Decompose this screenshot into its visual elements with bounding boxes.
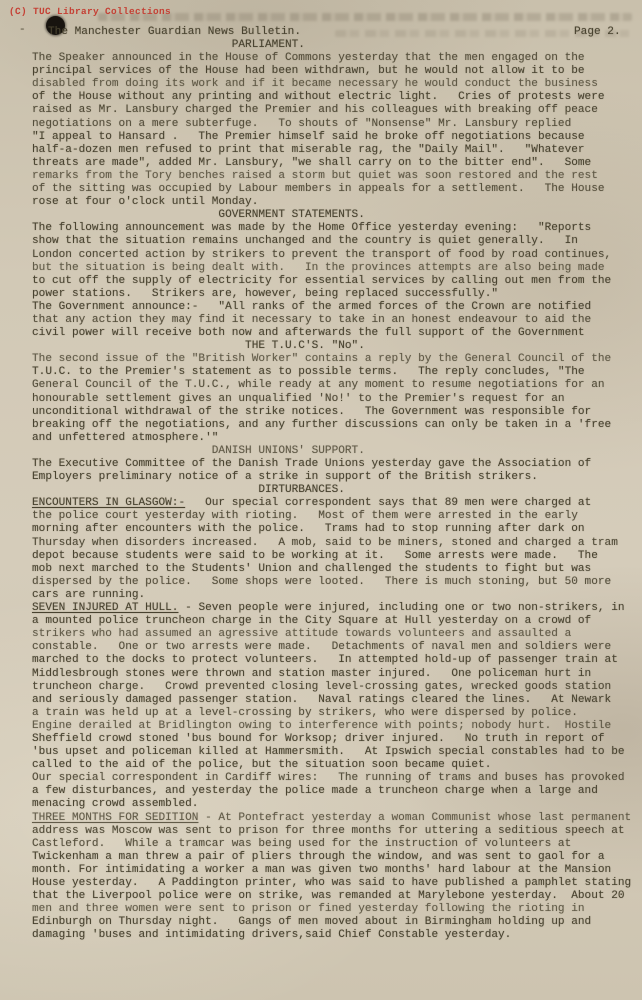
text-line: civil power will receive both now and af… [32, 327, 628, 340]
text-line: that any action they may find it necessa… [32, 314, 628, 327]
text-line: but the situation is being dealt with. I… [32, 262, 628, 275]
text-line: Thursday when disorders increased. A mob… [32, 537, 628, 550]
text-line: menacing crowd assembled. [32, 798, 628, 811]
text-line: breaking off the negotiations, and any f… [32, 419, 628, 432]
text-line: Employers preliminary notice of a strike… [32, 471, 628, 484]
section-heading: GOVERNMENT STATEMENTS. [32, 209, 628, 222]
text-line: men and three women were sent to prison … [32, 903, 628, 916]
text-line: Castleford. While a tramcar was being us… [32, 838, 628, 851]
text-line: month. For intimidating a worker a man w… [32, 864, 628, 877]
text-line: raised as Mr. Lansbury charged the Premi… [32, 104, 628, 117]
text-line: Engine derailed at Bridlington owing to … [32, 720, 628, 733]
text-line: Sheffield crowd stoned 'bus bound for Wo… [32, 733, 628, 746]
text-line: The second issue of the "British Worker"… [32, 353, 628, 366]
underlined-lead: THREE MONTHS FOR SEDITION [32, 812, 198, 824]
text-line: called to the aid of the police, but the… [32, 759, 628, 772]
text-line: of the sitting was occupied by Labour me… [32, 183, 628, 196]
text-line: a mounted police truncheon charge in the… [32, 615, 628, 628]
text-line: Our special correspondent in Cardiff wir… [32, 772, 628, 785]
text-line: The Government announce:- "All ranks of … [32, 301, 628, 314]
text-line: a few disturbances, and yesterday the po… [32, 785, 628, 798]
text-line: strikers who had assumed an agressive at… [32, 628, 628, 641]
page-number: Page 2. [574, 26, 621, 38]
section-heading: PARLIAMENT. [32, 39, 628, 52]
text-line: cars are running. [32, 589, 628, 602]
text-line: a train was held up at a level-crossing … [32, 707, 628, 720]
text-line: General Council of the T.U.C., while rea… [32, 379, 628, 392]
section-heading: DIRTURBANCES. [32, 484, 628, 497]
text-line: unconditional withdrawal of the strike n… [32, 406, 628, 419]
text-line: the police court yesterday with rioting.… [32, 510, 628, 523]
text-line: T.U.C. to the Premier's statement as to … [32, 366, 628, 379]
text-line: THREE MONTHS FOR SEDITION - At Pontefrac… [32, 812, 628, 825]
underlined-lead: ENCOUNTERS IN GLASGOW:- [32, 497, 185, 509]
copyright-stamp: (C) TUC Library Collections [9, 6, 171, 17]
text-line: "I appeal to Hansard . The Premier himse… [32, 131, 628, 144]
text-line: The Executive Committee of the Danish Tr… [32, 458, 628, 471]
text-line: ENCOUNTERS IN GLASGOW:- Our special corr… [32, 497, 628, 510]
text-line: truncheon charge. Crowd prevented closin… [32, 681, 628, 694]
text-line: SEVEN INJURED AT HULL. - Seven people we… [32, 602, 628, 615]
text-line: of the House without any printing and wi… [32, 91, 628, 104]
text-line: dispersed by the police. Some shops were… [32, 576, 628, 589]
text-line: Middlesbrough stones were thrown and sta… [32, 668, 628, 681]
section-heading: THE T.U.C'S. "No". [32, 340, 628, 353]
text-line: honourable settlement gives an unqualifi… [32, 393, 628, 406]
text-line: Edinburgh on Thursday night. Gangs of me… [32, 916, 628, 929]
text-line: half-a-dozen men refused to print that m… [32, 144, 628, 157]
text-line: mob next marched to the Students' Union … [32, 563, 628, 576]
underlined-lead: SEVEN INJURED AT HULL. [32, 602, 178, 614]
text-line: address was Moscow was sent to prison fo… [32, 825, 628, 838]
margin-mark: - [19, 24, 26, 36]
text-line: damaging 'buses and intimidating drivers… [32, 929, 628, 942]
text-line: constable. One or two arrests were made.… [32, 641, 628, 654]
text-line: depot because students were said to be w… [32, 550, 628, 563]
text-line: and unfettered atmosphere.'" [32, 432, 628, 445]
text-line: London concerted action by strikers to p… [32, 249, 628, 262]
text-line: rose at four o'clock until Monday. [32, 196, 628, 209]
document-title: The Manchester Guardian News Bulletin. [48, 26, 301, 38]
text-line: House yesterday. A Paddington printer, w… [32, 877, 628, 890]
text-line: negotiations on a mere subterfuge. To sh… [32, 118, 628, 131]
text-line: show that the situation remains unchange… [32, 235, 628, 248]
text-line: The following announcement was made by t… [32, 222, 628, 235]
text-line: marched to the docks to protect voluntee… [32, 654, 628, 667]
text-line: threats are made", added Mr. Lansbury, "… [32, 157, 628, 170]
ink-bleed-through-top [98, 13, 632, 21]
text-line: remarks from the Tory benches raised a s… [32, 170, 628, 183]
text-line: 'bus upset and policeman killed at Hamme… [32, 746, 628, 759]
text-line: that the Liverpool police were on strike… [32, 890, 628, 903]
text-line: disabled from doing its work and if it b… [32, 78, 628, 91]
text-line: The Speaker announced in the House of Co… [32, 52, 628, 65]
section-heading: DANISH UNIONS' SUPPORT. [32, 445, 628, 458]
typewritten-bulletin-page: (C) TUC Library Collections - The Manche… [0, 0, 642, 1000]
text-line: morning after encounters with the police… [32, 523, 628, 536]
text-line: power stations. Strikers are, however, b… [32, 288, 628, 301]
text-line: principal services of the House had been… [32, 65, 628, 78]
document-lines: PARLIAMENT.The Speaker announced in the … [32, 39, 628, 942]
text-line: to cut off the supply of electricity for… [32, 275, 628, 288]
text-line: Twickenham a man threw a pair of pliers … [32, 851, 628, 864]
text-line: and seriously damaged passenger station.… [32, 694, 628, 707]
